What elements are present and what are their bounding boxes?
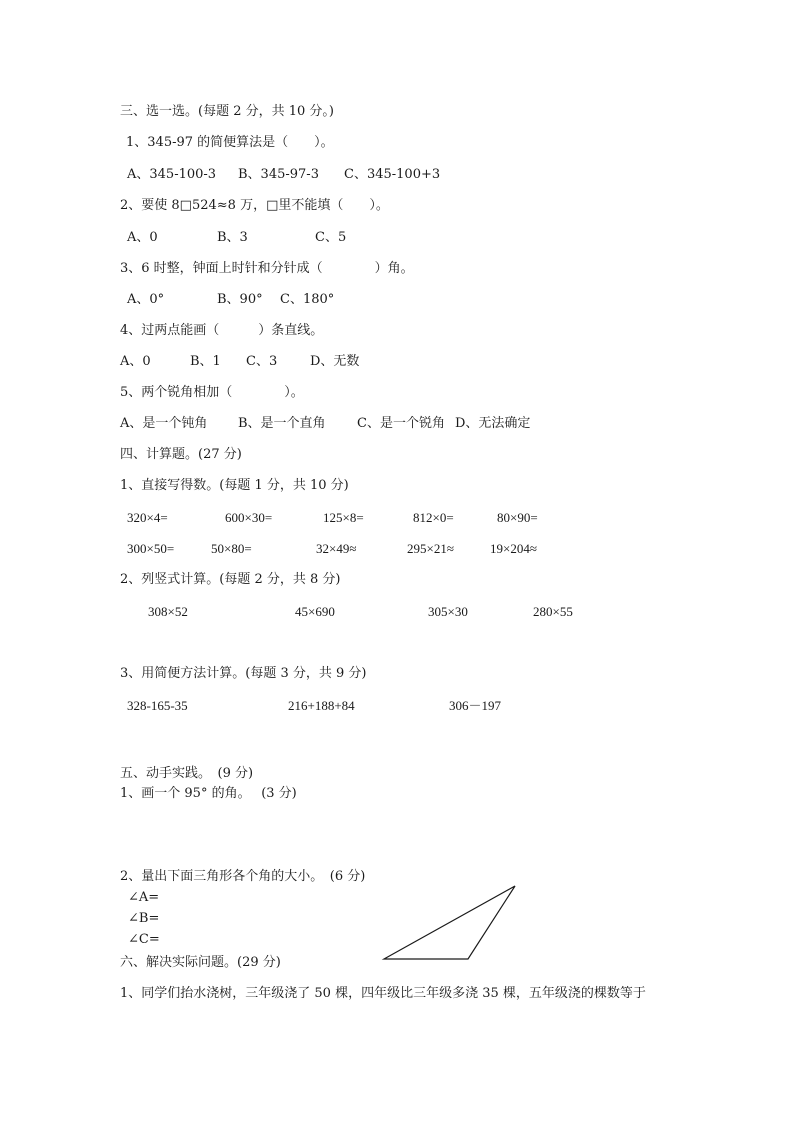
section-6-heading: 六、解决实际问题。(29 分) [120, 955, 281, 971]
question-6-1: 1、同学们抬水浇树，三年级浇了 50 棵，四年级比三年级多浇 35 棵，五年级浇… [120, 986, 646, 1002]
triangle-figure [0, 0, 793, 1122]
